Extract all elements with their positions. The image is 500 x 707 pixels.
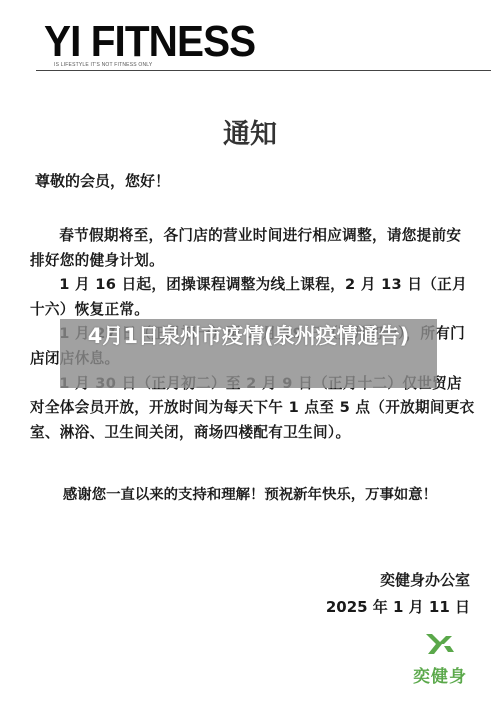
headline-overlay[interactable]: 4月1日泉州市疫情(泉州疫情通告) bbox=[60, 319, 437, 388]
overlay-headline[interactable]: 4月1日泉州市疫情(泉州疫情通告) bbox=[60, 323, 437, 350]
header-divider bbox=[36, 70, 491, 71]
paragraph-holiday: 春节假期将至，各门店的营业时间进行相应调整，请您提前安排好您的健身计划。 bbox=[30, 224, 475, 273]
logo-mark-icon bbox=[424, 632, 456, 656]
signature-date: 2025 年 1 月 11 日 bbox=[326, 594, 470, 621]
brand-header: YI FITNESS IS LIFESTYLE IT'S NOT FITNESS… bbox=[44, 20, 274, 64]
closing-greeting: 感谢您一直以来的支持和理解！预祝新年快乐，万事如意！ bbox=[0, 483, 500, 504]
notice-title: 通知 bbox=[0, 112, 500, 151]
brand-tagline: IS LIFESTYLE IT'S NOT FITNESS ONLY bbox=[54, 62, 354, 68]
logo-text: 奕健身 bbox=[405, 662, 475, 687]
signature-office: 奕健身办公室 bbox=[326, 567, 470, 594]
paragraph-classes: 1 月 16 日起，团操课程调整为线上课程，2 月 13 日（正月十六）恢复正常… bbox=[30, 273, 475, 322]
brand-title: YI FITNESS bbox=[44, 20, 255, 64]
salutation: 尊敬的会员，您好！ bbox=[35, 170, 170, 191]
signature: 奕健身办公室 2025 年 1 月 11 日 bbox=[326, 567, 470, 621]
company-logo: 奕健身 bbox=[405, 632, 475, 687]
